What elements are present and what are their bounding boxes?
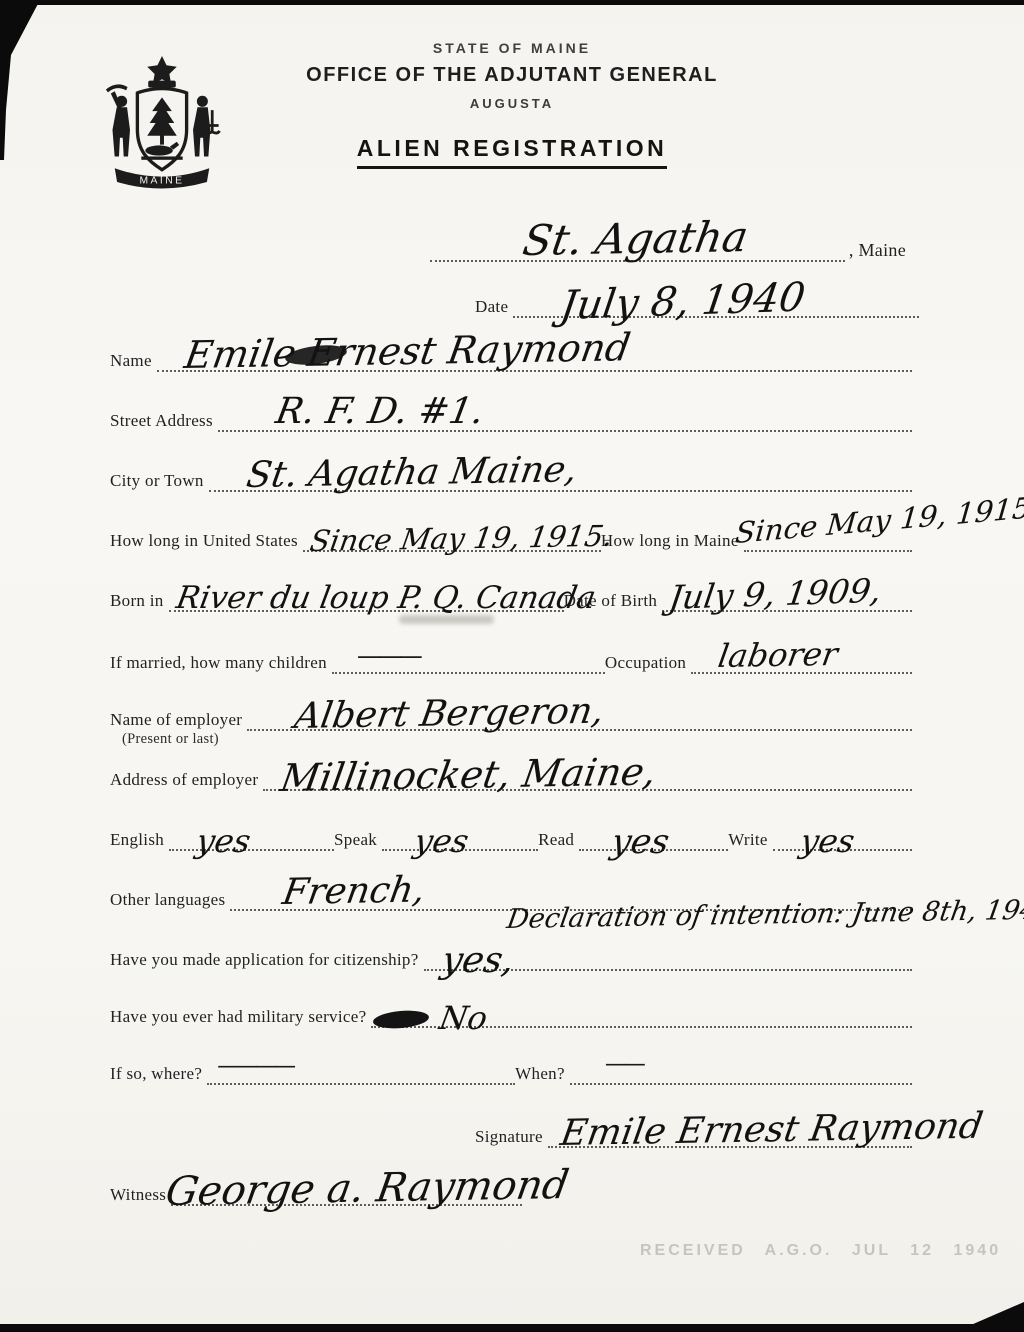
handwritten-dash: ——	[605, 1054, 643, 1076]
handwritten-military-service: No	[437, 1002, 490, 1034]
how-long-maine-label: How long in Maine	[601, 531, 744, 552]
dotted-line: laborer	[691, 642, 912, 674]
handwritten-how-long-us: Since May 19, 1915.	[308, 522, 615, 556]
dotted-line: yes	[382, 819, 538, 851]
field-how-long: How long in United States Since May 19, …	[110, 520, 912, 552]
handwritten-born-in: River du loup P. Q. Canada	[174, 583, 598, 614]
pencil-smudge	[399, 615, 494, 624]
handwritten-city-or-town: St. Agatha Maine,	[244, 452, 580, 494]
dotted-line: No	[371, 996, 912, 1028]
dotted-line: St. Agatha	[430, 230, 845, 262]
dotted-line: yes	[579, 819, 728, 851]
handwritten-declaration-note: Declaration of intention: June 8th, 1940…	[505, 896, 1024, 933]
handwritten-dash: ———	[357, 644, 420, 668]
field-street-address: Street Address R. F. D. #1.	[110, 400, 912, 432]
signature-label: Signature	[475, 1127, 548, 1148]
field-witness: Witness George a. Raymond	[110, 1172, 522, 1206]
handwritten-location: St. Agatha	[520, 216, 751, 262]
citizenship-label: Have you made application for citizenshi…	[110, 950, 424, 971]
location-suffix-label: , Maine	[845, 240, 906, 262]
dotted-line: Emile Ernest Raymond	[548, 1116, 912, 1148]
field-children-occupation: If married, how many children ——— Occupa…	[110, 642, 912, 674]
field-citizenship: Have you made application for citizenshi…	[110, 939, 912, 971]
seal-banner-text: MAINE	[139, 176, 184, 187]
ink-blot	[373, 1009, 430, 1031]
state-name: STATE OF MAINE	[162, 40, 862, 56]
occupation-label: Occupation	[605, 653, 691, 674]
dotted-line: Emile Ernest Raymond	[157, 340, 912, 372]
handwritten-witness: George a. Raymond	[163, 1165, 571, 1212]
handwritten-date-of-birth: July 9, 1909,	[667, 574, 883, 614]
born-in-label: Born in	[110, 591, 169, 612]
dotted-line: St. Agatha Maine,	[209, 460, 912, 492]
city-or-town-label: City or Town	[110, 471, 209, 492]
handwritten-name: Emile Ernest Raymond	[182, 328, 633, 374]
dotted-line: ———	[332, 642, 605, 674]
handwritten-employer-name: Albert Bergeron,	[292, 694, 606, 735]
form-title: ALIEN REGISTRATION	[357, 135, 667, 169]
field-employer-address: Address of employer Millinocket, Maine,	[110, 759, 912, 791]
handwritten-speak: yes	[412, 825, 471, 857]
dotted-line: Millinocket, Maine,	[263, 759, 912, 791]
received-stamp: RECEIVED A.G.O. JUL 12 1940	[640, 1242, 1001, 1260]
field-signature: Signature Emile Ernest Raymond	[475, 1116, 912, 1148]
other-languages-label: Other languages	[110, 890, 230, 911]
dotted-line: yes	[169, 819, 334, 851]
witness-label: Witness	[110, 1185, 171, 1206]
handwritten-how-long-maine: Since May 19, 1915	[734, 494, 1024, 548]
scan-edge-bottom	[0, 1324, 1024, 1332]
handwritten-employer-address: Millinocket, Maine,	[278, 752, 659, 797]
dotted-line: ————	[207, 1053, 515, 1085]
date-label: Date	[475, 297, 513, 318]
speak-label: Speak	[334, 830, 382, 851]
dotted-line: Albert Bergeron,	[247, 699, 912, 731]
employer-address-label: Address of employer	[110, 770, 263, 791]
field-language-skills: English yes Speak yes Read yes Write yes	[110, 819, 912, 851]
military-service-label: Have you ever had military service?	[110, 1007, 371, 1028]
handwritten-dash: ————	[217, 1056, 293, 1078]
children-label: If married, how many children	[110, 653, 332, 674]
english-label: English	[110, 830, 169, 851]
field-location: St. Agatha , Maine	[430, 230, 906, 262]
city-name: AUGUSTA	[162, 96, 862, 111]
employer-name-label-text: Name of employer	[110, 710, 242, 729]
scan-corner-artifact	[0, 0, 46, 160]
alien-registration-form-scan: MAINE STATE OF MAINE OFFICE OF THE ADJUT…	[0, 0, 1024, 1332]
dotted-line: July 9, 1909,	[662, 580, 912, 612]
write-label: Write	[728, 830, 773, 851]
dotted-line: River du loup P. Q. Canada	[169, 580, 564, 612]
handwritten-citizenship: yes,	[439, 943, 517, 979]
office-name: OFFICE OF THE ADJUTANT GENERAL	[162, 64, 862, 87]
handwritten-other-languages: French,	[280, 873, 428, 911]
dotted-line: Since May 19, 1915.	[303, 520, 601, 552]
street-address-label: Street Address	[110, 411, 218, 432]
scan-edge-top	[0, 0, 1024, 5]
read-label: Read	[538, 830, 579, 851]
field-name: Name Emile Ernest Raymond	[110, 340, 912, 372]
field-employer-name: Name of employer (Present or last) Alber…	[110, 699, 912, 731]
handwritten-english: yes	[194, 825, 253, 857]
when-label: When?	[515, 1064, 570, 1085]
how-long-us-label: How long in United States	[110, 531, 303, 552]
letterhead: STATE OF MAINE OFFICE OF THE ADJUTANT GE…	[162, 40, 862, 169]
field-military-service: Have you ever had military service? No	[110, 996, 912, 1028]
handwritten-write: yes	[798, 825, 857, 857]
employer-name-label: Name of employer (Present or last)	[110, 710, 247, 731]
handwritten-signature: Emile Ernest Raymond	[558, 1109, 985, 1152]
handwritten-occupation: laborer	[716, 638, 840, 672]
handwritten-date: July 8, 1940	[558, 278, 808, 326]
field-date: Date July 8, 1940	[475, 286, 919, 318]
handwritten-read: yes	[609, 825, 672, 859]
dotted-line: yes,	[424, 939, 912, 971]
dotted-line: July 8, 1940	[513, 286, 919, 318]
field-city-or-town: City or Town St. Agatha Maine,	[110, 460, 912, 492]
name-label: Name	[110, 351, 157, 372]
field-where-when: If so, where? ———— When? ——	[110, 1053, 912, 1085]
dotted-line: ——	[570, 1053, 912, 1085]
if-so-where-label: If so, where?	[110, 1064, 207, 1085]
dotted-line: yes	[773, 819, 912, 851]
dotted-line: Since May 19, 1915	[744, 520, 912, 552]
dotted-line: R. F. D. #1.	[218, 400, 912, 432]
field-born: Born in River du loup P. Q. Canada Date …	[110, 580, 912, 612]
dotted-line: George a. Raymond	[171, 1172, 522, 1206]
employer-name-sublabel: (Present or last)	[122, 731, 219, 748]
handwritten-street-address: R. F. D. #1.	[273, 394, 487, 430]
